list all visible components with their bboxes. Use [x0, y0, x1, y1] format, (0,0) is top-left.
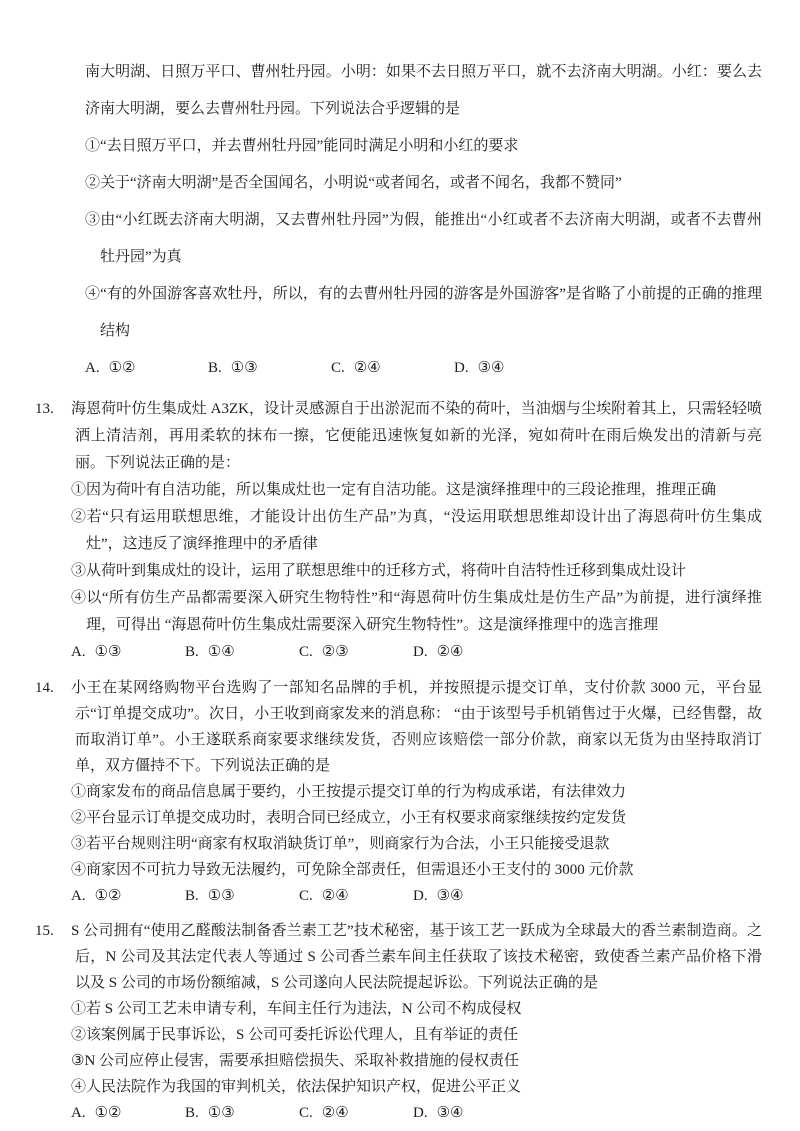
statement-3: ③由“小红既去济南大明湖，又去曹州牡丹园”为假，能推出“小红或者不去济南大明湖，…	[85, 202, 762, 276]
statement-1: ①商家发布的商品信息属于要约，小王按提示提交订单的行为构成承诺，有法律效力	[71, 779, 762, 805]
statement-1: ①“去日照万平口，并去曹州牡丹园”能同时满足小明和小红的要求	[85, 128, 762, 165]
option-a: A.①②	[71, 1100, 185, 1126]
statement-1: ①因为荷叶有自洁功能，所以集成灶也一定有自洁功能。这是演绎推理中的三段论推理，推…	[71, 477, 762, 504]
statement-3: ③从荷叶到集成灶的设计，运用了联想思维中的迁移方式，将荷叶自洁特性迁移到集成灶设…	[71, 558, 762, 585]
question-14: 14. 小王在某网络购物平台选购了一部知名品牌的手机，并按照提示提交订单，支付价…	[35, 675, 762, 909]
option-label: A.	[85, 360, 100, 376]
statement-4: ④商家因不可抗力导致无法履约，可免除全部责任，但需退还小王支付的 3000 元价…	[71, 857, 762, 883]
option-label: A.	[71, 1105, 86, 1121]
question-number: 13.	[35, 396, 54, 423]
question-12-continuation: 南大明湖、日照万平口、曹州牡丹园。小明：如果不去日照万平口，就不去济南大明湖。小…	[35, 54, 762, 387]
option-value: ②④	[322, 888, 349, 904]
option-value: ②④	[437, 644, 464, 660]
statement-2: ②若“只有运用联想思维，才能设计出仿生产品”为真，“没运用联想思维却设计出了海恩…	[71, 504, 762, 558]
statement-2: ②该案例属于民事诉讼，S 公司可委托诉讼代理人，且有举证的责任	[71, 1022, 762, 1048]
option-value: ①④	[208, 644, 235, 660]
option-label: D.	[413, 1105, 428, 1121]
option-d: D.③④	[413, 1100, 527, 1126]
option-label: C.	[299, 1105, 313, 1121]
option-value: ①②	[95, 1105, 122, 1121]
question-body: 海恩荷叶仿生集成灶 A3ZK，设计灵感源自于出淤泥而不染的荷叶，当油烟与尘埃附着…	[71, 396, 762, 477]
option-value: ②④	[354, 360, 381, 376]
option-label: A.	[71, 644, 86, 660]
option-b: B.①④	[185, 639, 299, 666]
options-row: A.①③B.①④C.②③D.②④	[71, 639, 762, 666]
option-label: D.	[413, 888, 428, 904]
question-body: S 公司拥有“使用乙醛酸法制备香兰素工艺”技术秘密，基于该工艺一跃成为全球最大的…	[71, 918, 762, 996]
question-15: 15. S 公司拥有“使用乙醛酸法制备香兰素工艺”技术秘密，基于该工艺一跃成为全…	[35, 918, 762, 1126]
option-value: ①②	[109, 360, 136, 376]
option-label: A.	[71, 888, 86, 904]
option-value: ①③	[208, 888, 235, 904]
option-label: B.	[208, 360, 222, 376]
option-label: C.	[299, 644, 313, 660]
option-label: D.	[454, 360, 469, 376]
option-value: ③④	[478, 360, 505, 376]
statement-4: ④以“所有仿生产品都需要深入研究生物特性”和“海恩荷叶仿生集成灶是仿生产品”为前…	[71, 585, 762, 639]
option-label: D.	[413, 644, 428, 660]
exam-page: 南大明湖、日照万平口、曹州牡丹园。小明：如果不去日照万平口，就不去济南大明湖。小…	[0, 0, 800, 1131]
option-value: ②④	[322, 1105, 349, 1121]
option-value: ③④	[437, 1105, 464, 1121]
option-label: B.	[185, 888, 199, 904]
option-a: A.①③	[71, 639, 185, 666]
statement-3: ③N 公司应停止侵害，需要承担赔偿损失、采取补救措施的侵权责任	[71, 1048, 762, 1074]
option-label: C.	[331, 360, 345, 376]
question-body: 南大明湖、日照万平口、曹州牡丹园。小明：如果不去日照万平口，就不去济南大明湖。小…	[85, 54, 762, 128]
option-value: ①③	[208, 1105, 235, 1121]
statement-1: ①若 S 公司工艺未申请专利，车间主任行为违法，N 公司不构成侵权	[71, 996, 762, 1022]
options-row: A.①②B.①③C.②④D.③④	[71, 1100, 762, 1126]
option-d: D.③④	[413, 883, 527, 909]
option-c: C.②④	[299, 883, 413, 909]
option-label: B.	[185, 1105, 199, 1121]
option-value: ①②	[95, 888, 122, 904]
options-row: A.①②B.①③C.②④D.③④	[71, 883, 762, 909]
question-number: 14.	[35, 675, 54, 701]
option-value: ②③	[322, 644, 349, 660]
statement-3: ③若平台规则注明“商家有权取消缺货订单”，则商家行为合法，小王只能接受退款	[71, 831, 762, 857]
option-b: B.①③	[185, 883, 299, 909]
option-label: B.	[185, 644, 199, 660]
option-a: A.①②	[71, 883, 185, 909]
statement-4: ④“有的外国游客喜欢牡丹，所以，有的去曹州牡丹园的游客是外国游客”是省略了小前提…	[85, 276, 762, 350]
option-value: ③④	[437, 888, 464, 904]
option-c: C.②③	[299, 639, 413, 666]
option-c: C.②④	[331, 350, 454, 387]
option-value: ①③	[231, 360, 258, 376]
question-13: 13. 海恩荷叶仿生集成灶 A3ZK，设计灵感源自于出淤泥而不染的荷叶，当油烟与…	[35, 396, 762, 666]
option-c: C.②④	[299, 1100, 413, 1126]
statement-2: ②平台显示订单提交成功时，表明合同已经成立，小王有权要求商家继续按约定发货	[71, 805, 762, 831]
option-d: D.③④	[454, 350, 577, 387]
question-body: 小王在某网络购物平台选购了一部知名品牌的手机，并按照提示提交订单，支付价款 30…	[71, 675, 762, 779]
statement-2: ②关于“济南大明湖”是否全国闻名，小明说“或者闻名，或者不闻名，我都不赞同”	[85, 165, 762, 202]
options-row: A.①②B.①③C.②④D.③④	[85, 350, 762, 387]
option-a: A.①②	[85, 350, 208, 387]
option-value: ①③	[95, 644, 122, 660]
option-b: B.①③	[185, 1100, 299, 1126]
option-d: D.②④	[413, 639, 527, 666]
option-b: B.①③	[208, 350, 331, 387]
option-label: C.	[299, 888, 313, 904]
question-number: 15.	[35, 918, 54, 944]
statement-4: ④人民法院作为我国的审判机关，依法保护知识产权，促进公平正义	[71, 1074, 762, 1100]
